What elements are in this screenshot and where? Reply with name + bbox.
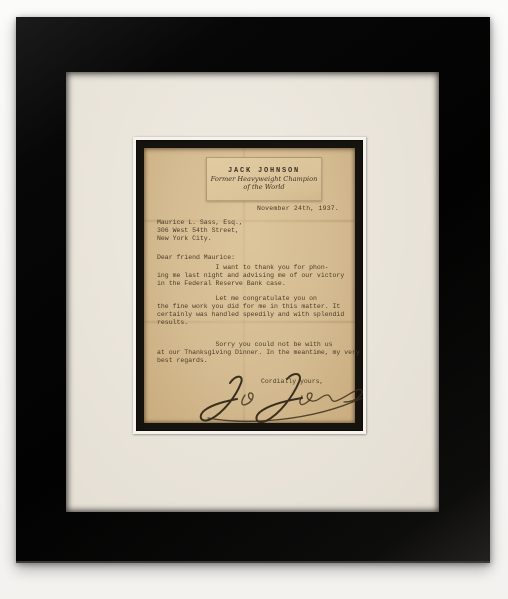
paragraph-1: I want to thank you for phon- ing me las…	[157, 264, 350, 288]
paragraph-3: Sorry you could not be with us at our Th…	[157, 341, 350, 365]
letterhead-title-line2: of the World	[243, 183, 284, 191]
signature-ink-icon	[192, 370, 370, 426]
letter-body: Maurice L. Sass, Esq., 306 West 54th Str…	[157, 219, 350, 386]
picture-frame: JACK JOHNSON Former Heavyweight Champion…	[16, 17, 490, 563]
jack-johnson-signature	[192, 370, 370, 426]
letter-date: November 24th, 1937.	[257, 205, 339, 212]
letter-document: JACK JOHNSON Former Heavyweight Champion…	[144, 148, 355, 423]
salutation: Dear friend Maurice:	[157, 254, 350, 262]
photo-of-framed-letter: JACK JOHNSON Former Heavyweight Champion…	[0, 0, 508, 599]
letterhead-title-line1: Former Heavyweight Champion	[211, 175, 318, 183]
letterhead-name: JACK JOHNSON	[228, 167, 300, 175]
paragraph-2: Let me congratulate you on the fine work…	[157, 295, 350, 327]
letterhead-card: JACK JOHNSON Former Heavyweight Champion…	[206, 157, 322, 201]
mat-opening-bevel: JACK JOHNSON Former Heavyweight Champion…	[133, 137, 366, 434]
recipient-address: Maurice L. Sass, Esq., 306 West 54th Str…	[157, 219, 350, 243]
inner-black-fillet: JACK JOHNSON Former Heavyweight Champion…	[136, 140, 363, 431]
mat-board: JACK JOHNSON Former Heavyweight Champion…	[66, 72, 439, 512]
